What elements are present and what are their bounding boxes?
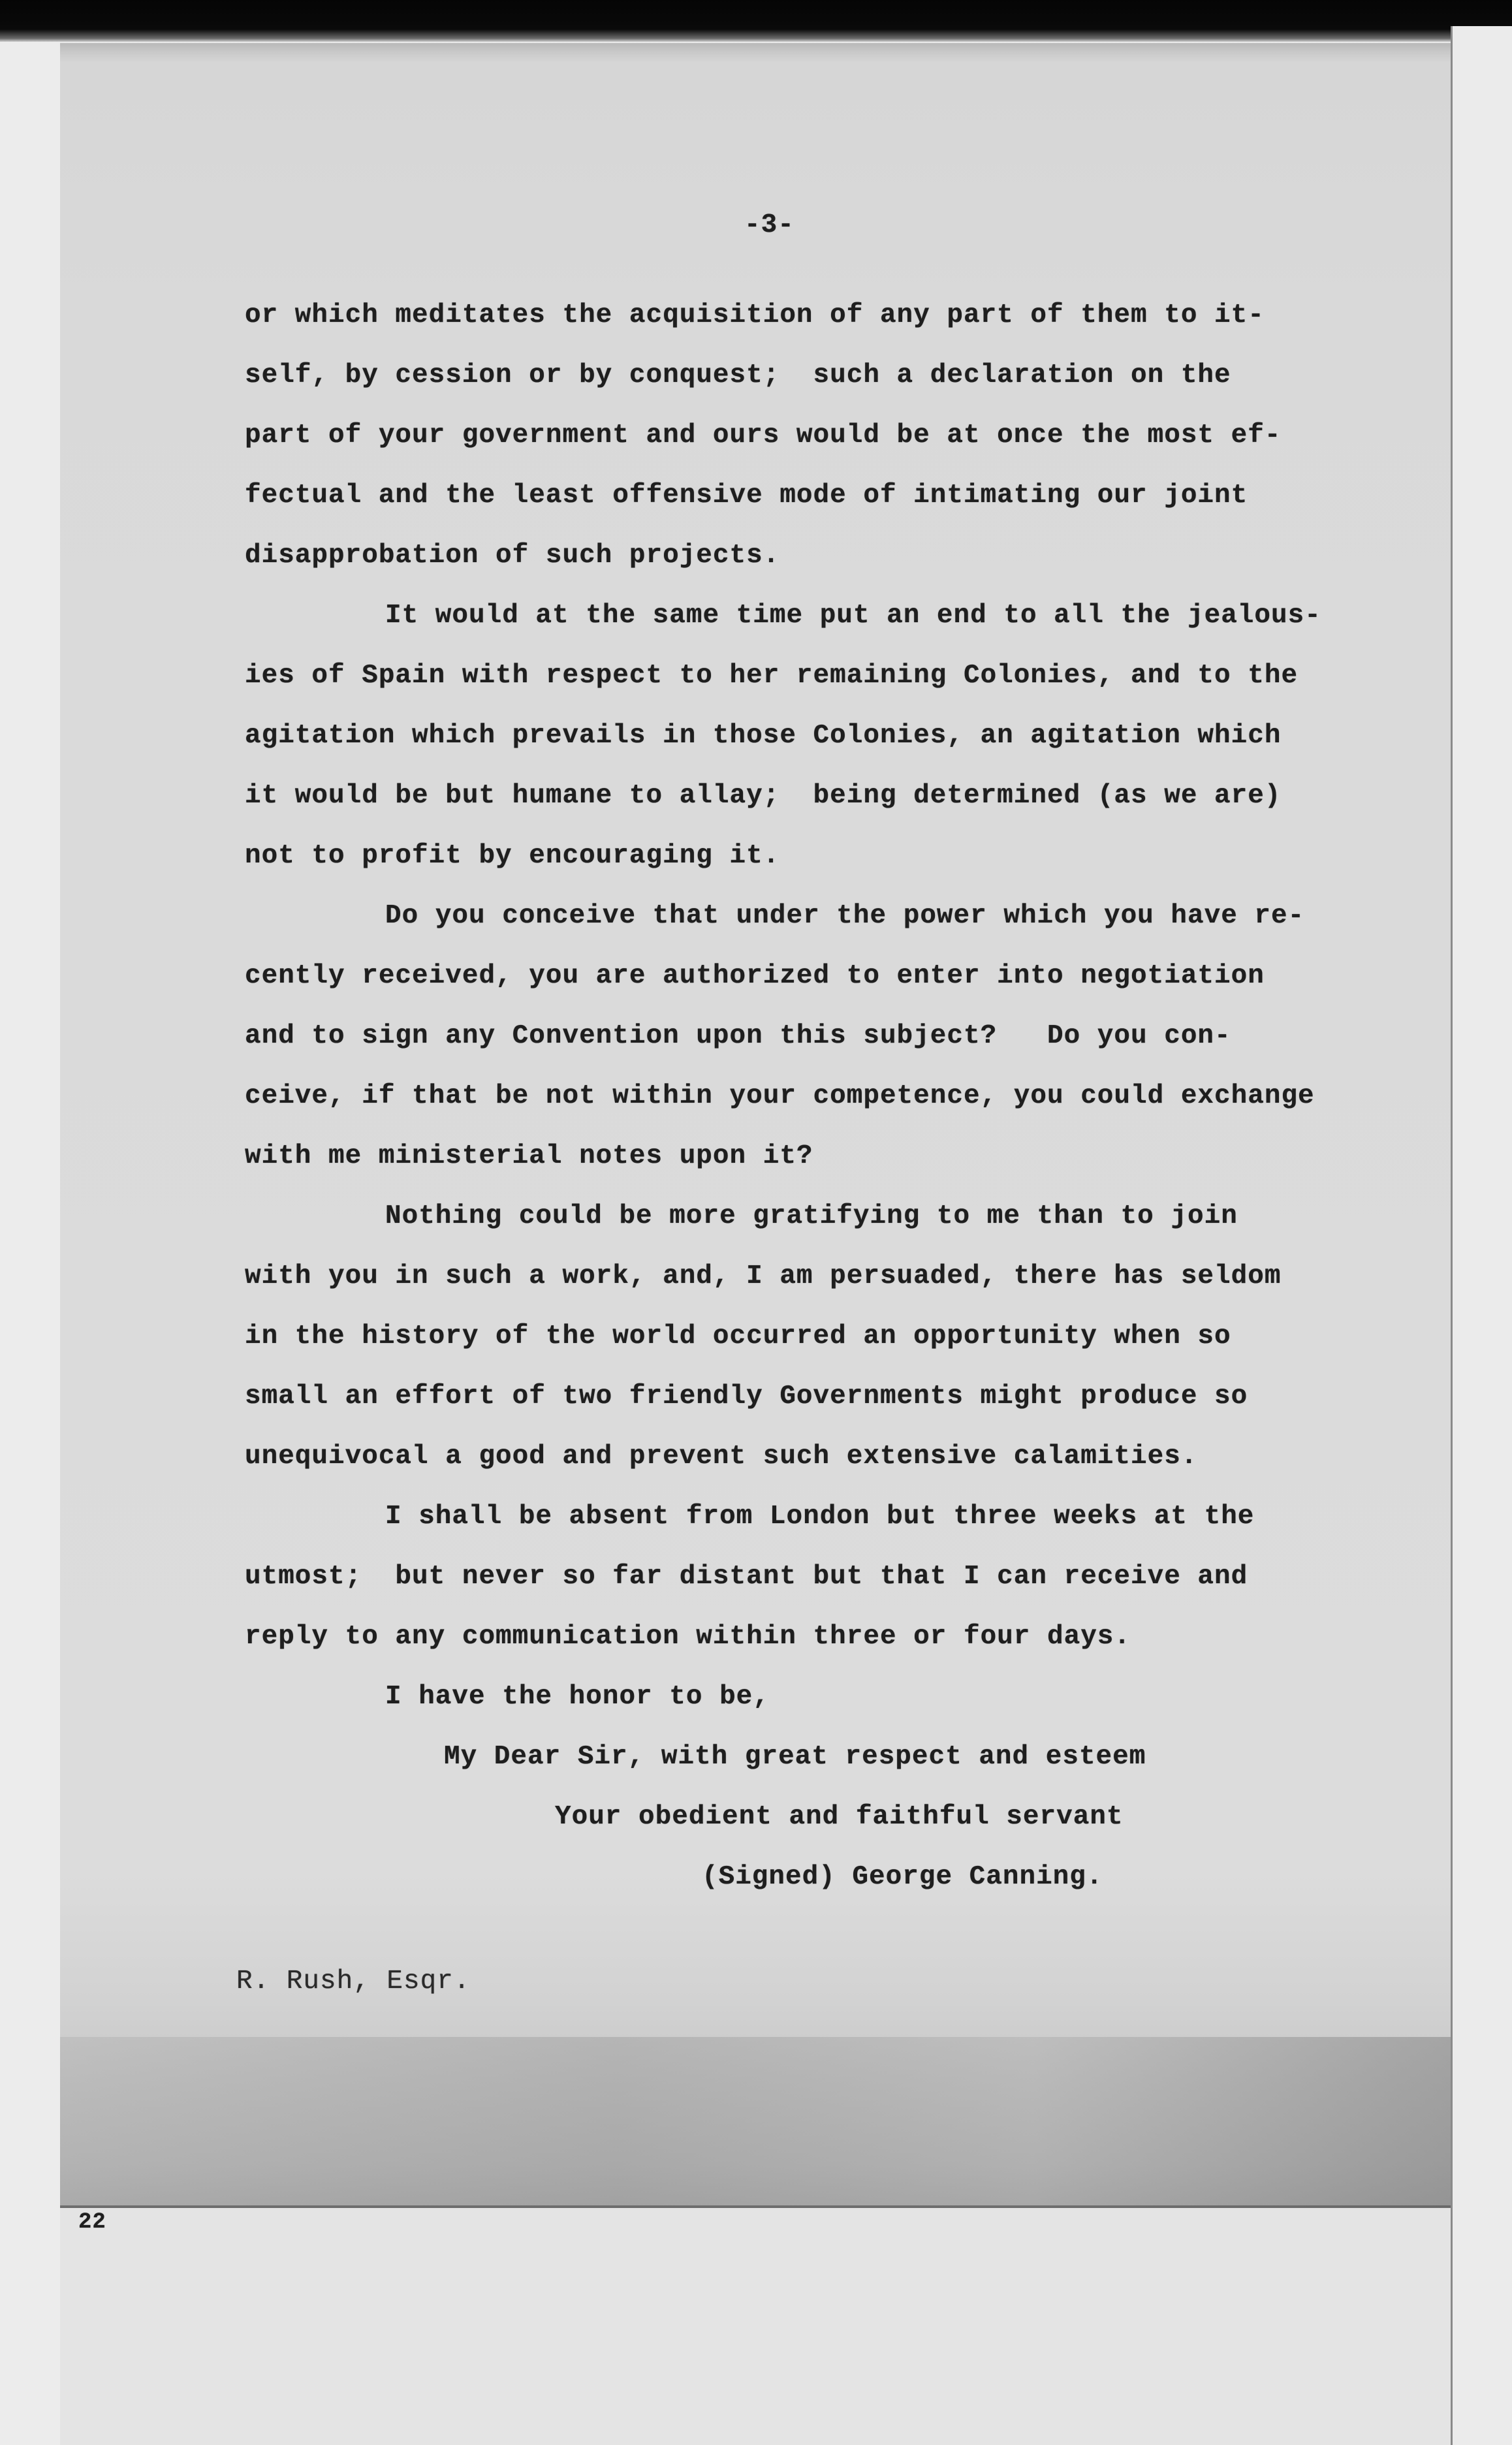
closing-salutation: I have the honor to be, [385,1682,770,1712]
text-line: with you in such a work, and, I am persu… [245,1261,1281,1291]
text-line: cently received, you are authorized to e… [245,961,1265,991]
text-line: not to profit by encouraging it. [245,841,780,871]
scan-top-border [0,0,1512,42]
closing-line: Your obedient and faithful servant [555,1802,1124,1832]
page-marker: -3- [744,210,795,240]
text-line: small an effort of two friendly Governme… [245,1381,1248,1412]
text-line: agitation which prevails in those Coloni… [245,721,1281,751]
page-shadow-band [60,2037,1451,2207]
scan-right-margin [1451,26,1512,2445]
folio-number: 22 [78,2210,106,2235]
text-line: reply to any communication within three … [245,1622,1131,1652]
text-line: or which meditates the acquisition of an… [245,300,1265,330]
text-line: disapprobation of such projects. [245,541,780,571]
text-line: It would at the same time put an end to … [385,601,1321,631]
text-line: it would be but humane to allay; being d… [245,781,1281,811]
text-line: utmost; but never so far distant but tha… [245,1562,1248,1592]
closing-line: My Dear Sir, with great respect and este… [444,1742,1146,1772]
text-line: Nothing could be more gratifying to me t… [385,1201,1238,1231]
signature: (Signed) George Canning. [702,1862,1103,1892]
scan-bottom-margin [60,2208,1451,2445]
text-line: Do you conceive that under the power whi… [385,901,1304,931]
text-line: fectual and the least offensive mode of … [245,481,1248,511]
addressee: R. Rush, Esqr. [236,1966,470,1996]
text-line: in the history of the world occurred an … [245,1321,1231,1351]
text-line: unequivocal a good and prevent such exte… [245,1442,1197,1472]
text-line: with me ministerial notes upon it? [245,1141,813,1171]
text-line: part of your government and ours would b… [245,420,1281,450]
text-line: ies of Spain with respect to her remaini… [245,661,1298,691]
text-line: I shall be absent from London but three … [385,1502,1254,1532]
text-line: and to sign any Convention upon this sub… [245,1021,1231,1051]
text-line: self, by cession or by conquest; such a … [245,360,1231,390]
text-line: ceive, if that be not within your compet… [245,1081,1315,1111]
scan-left-margin [0,42,60,2445]
